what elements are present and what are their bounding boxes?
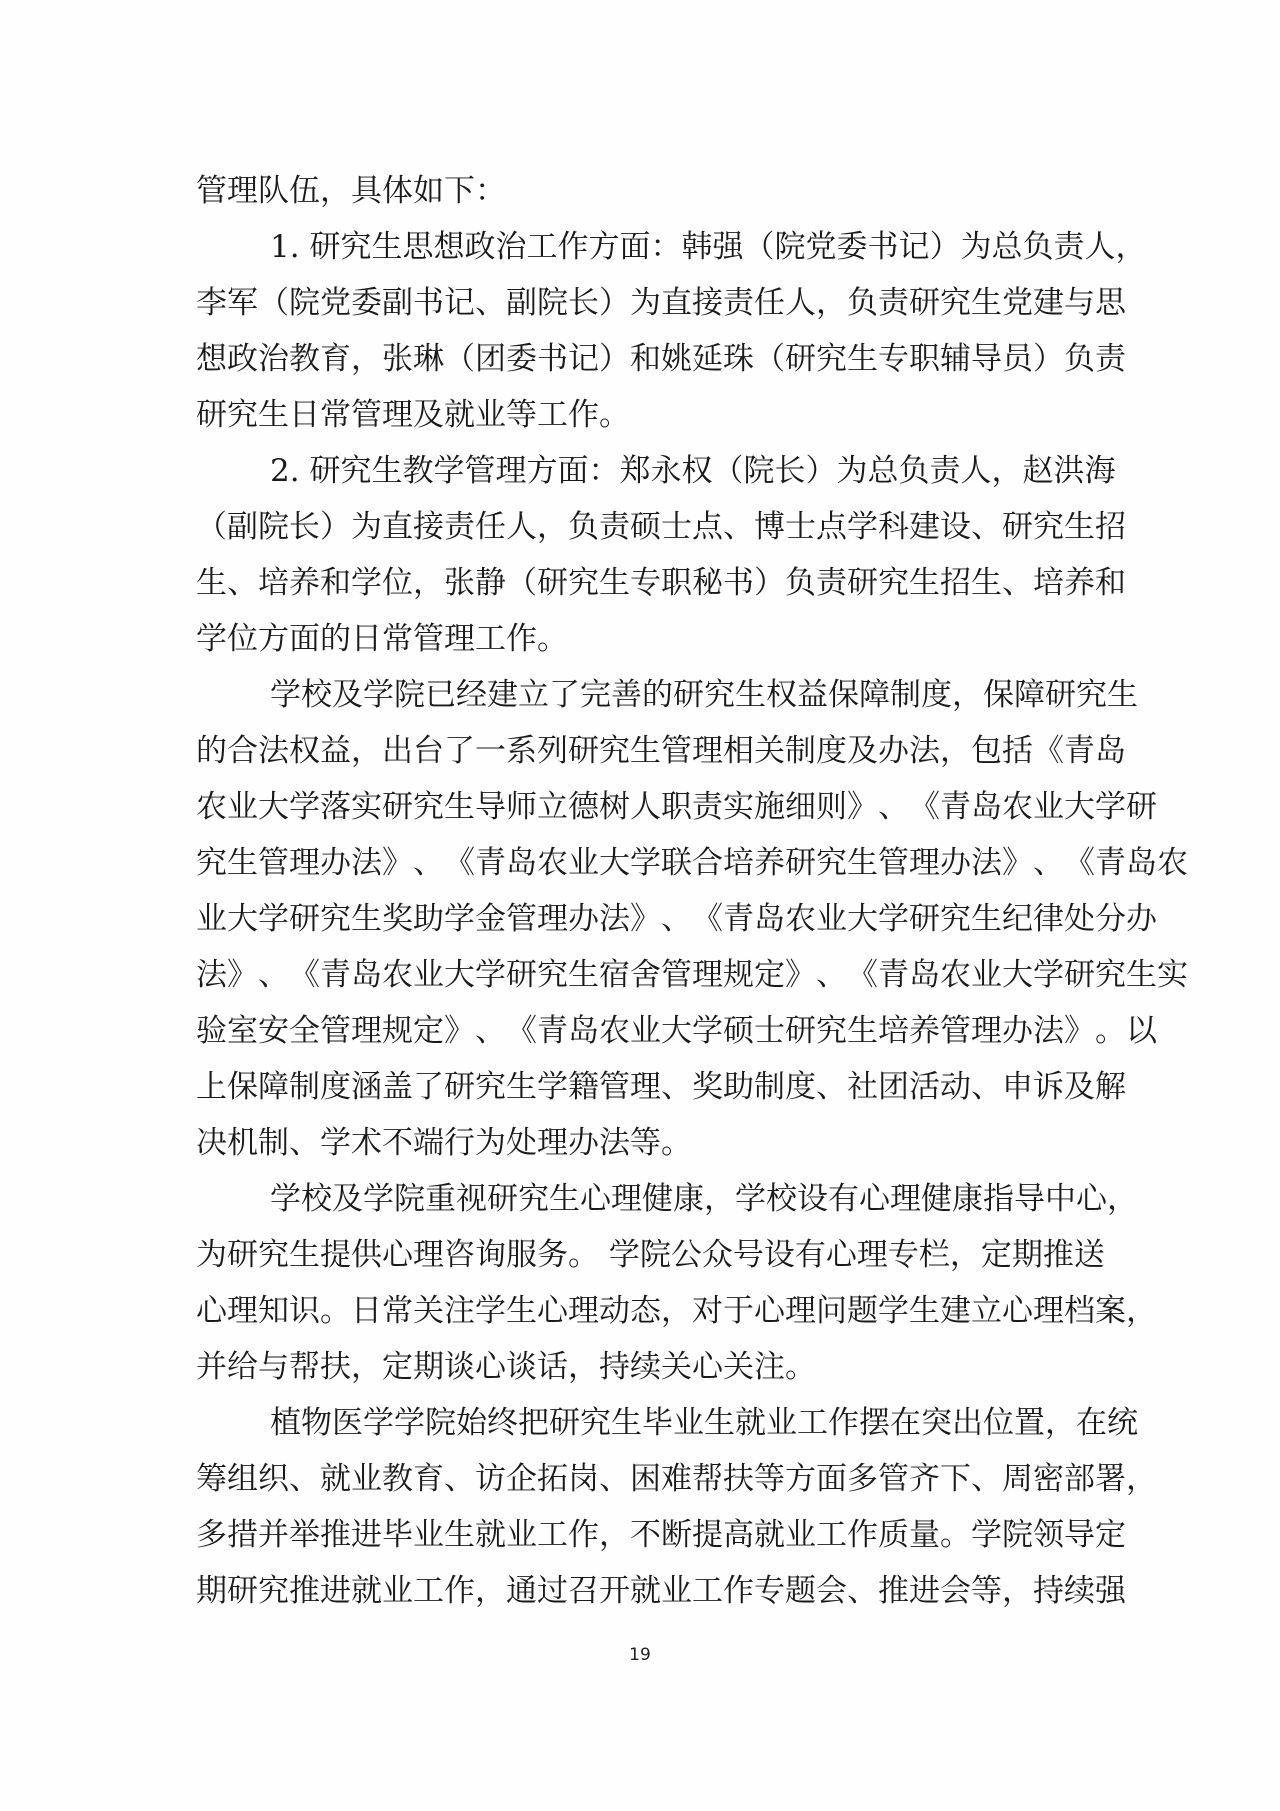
text-line: 农业大学落实研究生导师立德树人职责实施细则》、《青岛农业大学研 [196,779,1088,835]
text-line: 法》、《青岛农业大学研究生宿舍管理规定》、《青岛农业大学研究生实 [196,947,1088,1003]
text-line: 生、培养和学位，张静（研究生专职秘书）负责研究生招生、培养和 [196,555,1088,611]
text-line: 学位方面的日常管理工作。 [196,611,1088,667]
text-line: 并给与帮扶，定期谈心谈话，持续关心关注。 [196,1339,1088,1395]
text-line: 验室安全管理规定》、《青岛农业大学硕士研究生培养管理办法》。以 [196,1003,1088,1059]
text-line: 学校及学院重视研究生心理健康，学校设有心理健康指导中心， [196,1171,1088,1227]
text-line: （副院长）为直接责任人，负责硕士点、博士点学科建设、研究生招 [196,499,1088,555]
text-line: 决机制、学术不端行为处理办法等。 [196,1115,1088,1171]
text-line: 业大学研究生奖助学金管理办法》、《青岛农业大学研究生纪律处分办 [196,891,1088,947]
text-line: 1. 研究生思想政治工作方面：韩强（院党委书记）为总负责人， [196,219,1088,275]
text-line: 李军（院党委副书记、副院长）为直接责任人，负责研究生党建与思 [196,275,1088,331]
text-line: 为研究生提供心理咨询服务。 学院公众号设有心理专栏，定期推送 [196,1227,1088,1283]
text-line: 学校及学院已经建立了完善的研究生权益保障制度，保障研究生 [196,667,1088,723]
text-line: 2. 研究生教学管理方面：郑永权（院长）为总负责人，赵洪海 [196,443,1088,499]
text-line: 的合法权益，出台了一系列研究生管理相关制度及办法，包括《青岛 [196,723,1088,779]
text-line: 管理队伍，具体如下： [196,163,1088,219]
text-line: 究生管理办法》、《青岛农业大学联合培养研究生管理办法》、《青岛农 [196,835,1088,891]
text-line: 期研究推进就业工作，通过召开就业工作专题会、推进会等，持续强 [196,1563,1088,1619]
text-line: 上保障制度涵盖了研究生学籍管理、奖助制度、社团活动、申诉及解 [196,1059,1088,1115]
page-number: 19 [0,1645,1280,1665]
text-line: 想政治教育，张琳（团委书记）和姚延珠（研究生专职辅导员）负责 [196,331,1088,387]
text-line: 多措并举推进毕业生就业工作，不断提高就业工作质量。学院领导定 [196,1507,1088,1563]
document-page: 管理队伍，具体如下： 1. 研究生思想政治工作方面：韩强（院党委书记）为总负责人… [0,0,1280,1811]
text-line: 植物医学学院始终把研究生毕业生就业工作摆在突出位置，在统 [196,1395,1088,1451]
body-text: 管理队伍，具体如下： 1. 研究生思想政治工作方面：韩强（院党委书记）为总负责人… [196,163,1088,1619]
text-line: 研究生日常管理及就业等工作。 [196,387,1088,443]
text-line: 筹组织、就业教育、访企拓岗、困难帮扶等方面多管齐下、周密部署， [196,1451,1088,1507]
text-line: 心理知识。日常关注学生心理动态，对于心理问题学生建立心理档案， [196,1283,1088,1339]
